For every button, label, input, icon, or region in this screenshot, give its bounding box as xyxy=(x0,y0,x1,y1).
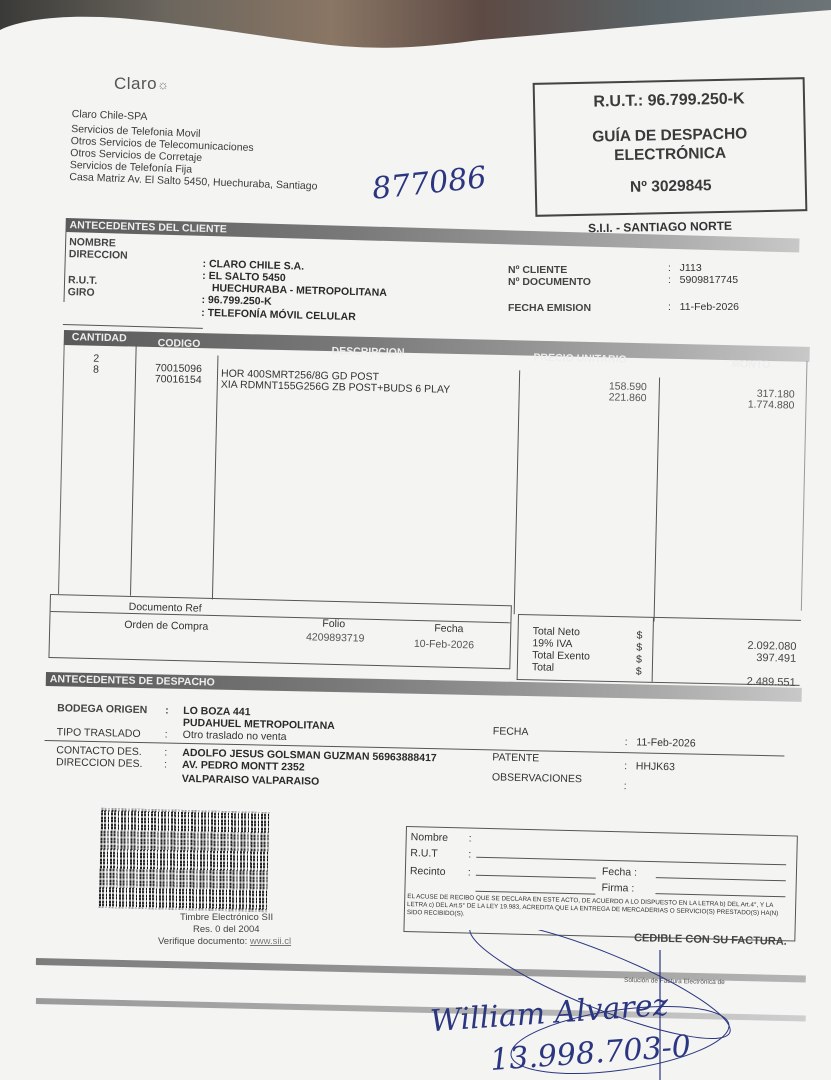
claro-sun-icon: ☼ xyxy=(157,77,169,92)
divider xyxy=(63,324,203,329)
label-fecha-despacho: FECHA xyxy=(493,725,529,738)
item-monto: 1.774.880 xyxy=(748,399,795,412)
divider xyxy=(51,611,511,623)
label-nombre-receptor: Nombre xyxy=(411,831,449,844)
header-fecha: Fecha xyxy=(434,622,463,635)
timbre-label: Timbre Electrónico SII xyxy=(180,912,273,923)
firma-line xyxy=(655,893,785,897)
colon: : xyxy=(164,758,167,770)
header-doc-ref: Documento Ref xyxy=(129,601,202,615)
pdf417-barcode xyxy=(99,808,270,912)
doc-ref-date: 10-Feb-2026 xyxy=(414,638,474,651)
label-fecha-emision: FECHA EMISION xyxy=(508,302,591,314)
currency-symbols: $ $ $ $ xyxy=(636,629,643,677)
label-fecha-receptor: Fecha : xyxy=(602,866,637,879)
shipping-date: 11-Feb-2026 xyxy=(636,736,696,749)
label-bodega-origen: BODEGA ORIGEN xyxy=(57,702,147,716)
shipping-section: ANTECEDENTES DE DESPACHO BODEGA ORIGEN :… xyxy=(43,672,806,818)
label-n-cliente: Nº CLIENTE xyxy=(508,264,567,276)
currency-symbol: $ xyxy=(636,641,642,653)
colon: : xyxy=(165,729,168,741)
doc-ref-folio: 4209893719 xyxy=(306,631,365,644)
header-cantidad: CANTIDAD xyxy=(72,330,127,345)
divider xyxy=(652,618,654,682)
legal-notice: EL ACUSE DE RECIBO QUE SE DECLARA EN EST… xyxy=(407,893,793,926)
label-n-documento: Nº DOCUMENTO xyxy=(508,276,591,288)
currency-symbol: $ xyxy=(636,629,642,641)
document-number: Nº 3029845 xyxy=(537,175,805,199)
colon: : xyxy=(164,746,167,758)
item-codigo: 70016154 xyxy=(155,373,202,386)
resolution-label: Res. 0 del 2004 xyxy=(193,924,260,935)
issuer-rut: R.U.T.: 96.799.250-K xyxy=(535,89,803,113)
receipt-acknowledgment-box: Nombre : R.U.T : Recinto : Fecha : Firma… xyxy=(403,826,797,942)
label-recinto: Recinto xyxy=(410,865,446,878)
destination-address-2: VALPARAISO VALPARAISO xyxy=(182,773,320,788)
label-observaciones: OBSERVACIONES xyxy=(492,771,582,785)
totals-labels: Total Neto 19% IVA Total Exento Total xyxy=(532,625,591,674)
label-total: Total xyxy=(532,661,590,674)
destination-address-1: AV. PEDRO MONTT 2352 xyxy=(182,759,305,774)
item-cantidad: 8 xyxy=(93,364,99,376)
handwritten-number: 877086 xyxy=(370,160,488,207)
item-precio-unitario: 221.860 xyxy=(609,391,647,404)
company-info: Claro Chile-SPA Servicios de Telefonia M… xyxy=(69,108,320,192)
label-direccion-des: DIRECCION DES. xyxy=(56,756,143,770)
divider xyxy=(63,232,66,302)
document-id-box: R.U.T.: 96.799.250-K GUÍA DE DESPACHO EL… xyxy=(533,77,808,217)
document-id: 5909817745 xyxy=(680,274,738,286)
total-neto-value: 2.092.080 xyxy=(747,640,796,653)
reference-box: Documento Ref Folio Fecha Orden de Compr… xyxy=(48,594,511,669)
client-number: J113 xyxy=(680,262,702,274)
rut-signature-line xyxy=(476,857,786,866)
label-rut-receptor: R.U.T xyxy=(410,847,438,860)
iva-value: 397.491 xyxy=(756,652,796,665)
label-giro: GIRO xyxy=(68,286,95,299)
currency-symbol: $ xyxy=(636,665,642,677)
items-table: CANTIDAD CODIGO DESCRIPCION PRECIO UNITA… xyxy=(58,330,808,627)
vehicle-plate: HHJK63 xyxy=(636,760,675,773)
fecha-line xyxy=(656,877,786,881)
client-rut: 96.799.250-K xyxy=(208,294,272,308)
label-firma: Firma : xyxy=(601,882,634,895)
colon: : xyxy=(624,780,627,792)
label-direccion: DIRECCION xyxy=(69,248,128,262)
claro-logo: Claro☼ xyxy=(114,74,170,94)
transfer-type: Otro traslado no venta xyxy=(183,729,287,743)
document-title: GUÍA DE DESPACHO ELECTRÓNICA xyxy=(536,123,805,167)
totals-box: Total Neto 19% IVA Total Exento Total $ … xyxy=(517,614,801,686)
header-folio: Folio xyxy=(322,618,345,631)
issue-date: 11-Feb-2026 xyxy=(680,301,739,313)
client-giro: TELEFONÍA MÓVIL CELULAR xyxy=(207,307,355,323)
label-rut: R.U.T. xyxy=(68,274,97,287)
recinto-line xyxy=(476,875,596,879)
label-patente: PATENTE xyxy=(492,751,539,764)
colon: : xyxy=(165,705,169,717)
doc-ref-type: Orden de Compra xyxy=(124,619,208,633)
sii-verify-link[interactable]: www.sii.cl xyxy=(250,936,291,947)
currency-symbol: $ xyxy=(636,653,642,665)
firma-line-left xyxy=(475,891,595,895)
label-tipo-traslado: TIPO TRASLADO xyxy=(57,726,141,740)
verify-label: Verifique documento: xyxy=(158,936,247,947)
despacho-document: Claro☼ Claro Chile-SPA Servicios de Tele… xyxy=(0,0,831,1080)
